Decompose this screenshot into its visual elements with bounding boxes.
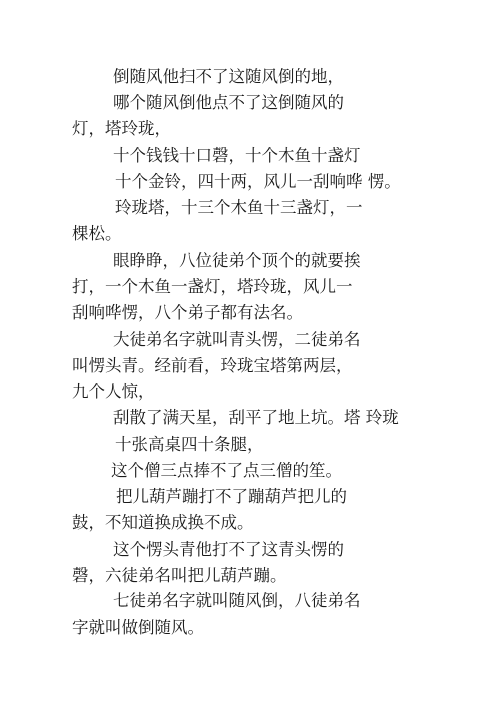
text-line: 七徒弟名字就叫随风倒，八徒弟名	[113, 591, 361, 611]
text-line: 十个钱钱十口磬，十个木鱼十盏灯	[113, 146, 361, 166]
text-line: 眼睁睁，八位徒弟个顶个的就要挨	[113, 251, 361, 271]
text-line: 刮响哗愣，八个弟子都有法名。	[72, 303, 303, 323]
document-page: 倒随风他扫不了这随风倒的地， 哪个随风倒他点不了这倒随风的 灯，塔玲珑， 十个钱…	[0, 0, 500, 708]
text-line: 十个金铃，四十两，风儿一刮响哗 愣。	[115, 172, 401, 192]
text-line: 玲珑塔，十三个木鱼十三盏灯，一	[115, 198, 363, 218]
text-line: 大徒弟名字就叫青头愣，二徒弟名	[113, 330, 361, 350]
text-line: 灯，塔玲珑，	[72, 119, 171, 139]
text-line: 十张高桌四十条腿，	[115, 435, 264, 455]
text-line: 倒随风他扫不了这随风倒的地，	[113, 67, 344, 87]
text-line: 刮散了满天星，刮平了地上坑。塔 玲珑	[113, 408, 399, 428]
text-line: 磬，六徒弟名叫把儿葫芦蹦。	[72, 566, 287, 586]
text-line: 把儿葫芦蹦打不了蹦葫芦把儿的	[116, 487, 347, 507]
text-line: 打，一个木鱼一盏灯，塔玲珑，风儿一	[72, 277, 353, 297]
text-line: 哪个随风倒他点不了这倒随风的	[113, 93, 344, 113]
text-line: 棵松。	[72, 224, 122, 244]
text-line: 九个人惊，	[72, 382, 155, 402]
text-line: 这个愣头青他打不了这青头愣的	[113, 540, 344, 560]
text-line: 字就叫做倒随风。	[72, 618, 204, 638]
text-line: 这个僧三点捧不了点三僧的笙。	[111, 461, 342, 481]
text-line: 鼓，不知道换成换不成。	[72, 513, 254, 533]
text-line: 叫愣头青。经前看，玲珑宝塔第两层，	[72, 356, 353, 376]
